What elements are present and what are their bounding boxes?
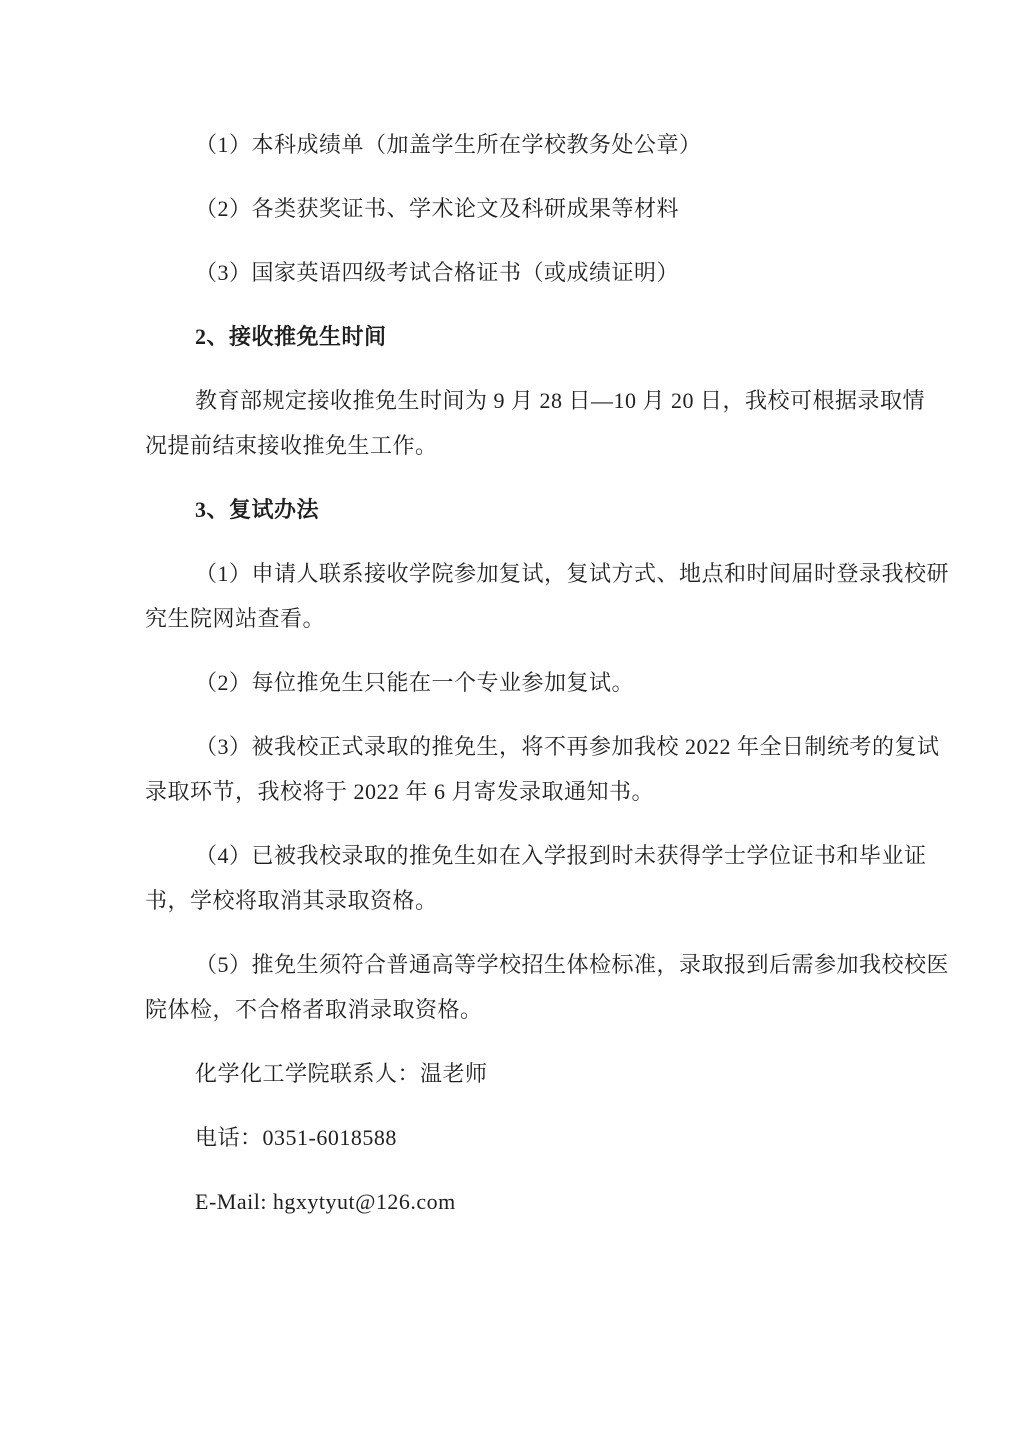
section2-body-line-2: 况提前结束接收推免生工作。 (145, 423, 880, 468)
attachment-item-1: （1）本科成绩单（加盖学生所在学校教务处公章） (145, 122, 880, 167)
section2-body: 教育部规定接收推免生时间为 9 月 28 日—10 月 20 日，我校可根据录取… (145, 378, 880, 468)
section2-heading: 2、接收推免生时间 (145, 314, 880, 359)
section3-item-3: （3）被我校正式录取的推免生，将不再参加我校 2022 年全日制统考的复试 录取… (145, 724, 880, 814)
contact-phone-text: 电话：0351-6018588 (145, 1115, 880, 1160)
section3-item-1-line-2: 究生院网站查看。 (145, 596, 880, 641)
section3-item-5-line-2: 院体检，不合格者取消录取资格。 (145, 987, 880, 1032)
section3-item-2-text: （2）每位推免生只能在一个专业参加复试。 (145, 660, 880, 705)
document-page: （1）本科成绩单（加盖学生所在学校教务处公章） （2）各类获奖证书、学术论文及科… (0, 0, 1024, 1448)
contact-phone: 电话：0351-6018588 (145, 1115, 880, 1160)
attachment-item-1-text: （1）本科成绩单（加盖学生所在学校教务处公章） (145, 122, 880, 167)
attachment-item-3-text: （3）国家英语四级考试合格证书（或成绩证明） (145, 250, 880, 295)
section3-item-4-line-1: （4）已被我校录取的推免生如在入学报到时未获得学士学位证书和毕业证 (145, 833, 880, 878)
section2-heading-text: 2、接收推免生时间 (145, 314, 880, 359)
attachment-item-2-text: （2）各类获奖证书、学术论文及科研成果等材料 (145, 186, 880, 231)
contact-email: E-Mail: hgxytyut@126.com (145, 1179, 880, 1224)
section3-item-4-line-2: 书，学校将取消其录取资格。 (145, 878, 880, 923)
section2-body-line-1: 教育部规定接收推免生时间为 9 月 28 日—10 月 20 日，我校可根据录取… (145, 378, 880, 423)
section3-heading-text: 3、复试办法 (145, 487, 880, 532)
section3-item-1-line-1: （1）申请人联系接收学院参加复试，复试方式、地点和时间届时登录我校研 (145, 551, 880, 596)
section3-item-4: （4）已被我校录取的推免生如在入学报到时未获得学士学位证书和毕业证 书，学校将取… (145, 833, 880, 923)
section3-item-2: （2）每位推免生只能在一个专业参加复试。 (145, 660, 880, 705)
contact-person-text: 化学化工学院联系人：温老师 (145, 1051, 880, 1096)
contact-email-text: E-Mail: hgxytyut@126.com (145, 1179, 880, 1224)
section3-item-5: （5）推免生须符合普通高等学校招生体检标准，录取报到后需参加我校校医 院体检，不… (145, 942, 880, 1032)
section3-item-3-line-1: （3）被我校正式录取的推免生，将不再参加我校 2022 年全日制统考的复试 (145, 724, 880, 769)
contact-person: 化学化工学院联系人：温老师 (145, 1051, 880, 1096)
section3-heading: 3、复试办法 (145, 487, 880, 532)
section3-item-3-line-2: 录取环节，我校将于 2022 年 6 月寄发录取通知书。 (145, 769, 880, 814)
attachment-item-3: （3）国家英语四级考试合格证书（或成绩证明） (145, 250, 880, 295)
attachment-item-2: （2）各类获奖证书、学术论文及科研成果等材料 (145, 186, 880, 231)
section3-item-5-line-1: （5）推免生须符合普通高等学校招生体检标准，录取报到后需参加我校校医 (145, 942, 880, 987)
section3-item-1: （1）申请人联系接收学院参加复试，复试方式、地点和时间届时登录我校研 究生院网站… (145, 551, 880, 641)
